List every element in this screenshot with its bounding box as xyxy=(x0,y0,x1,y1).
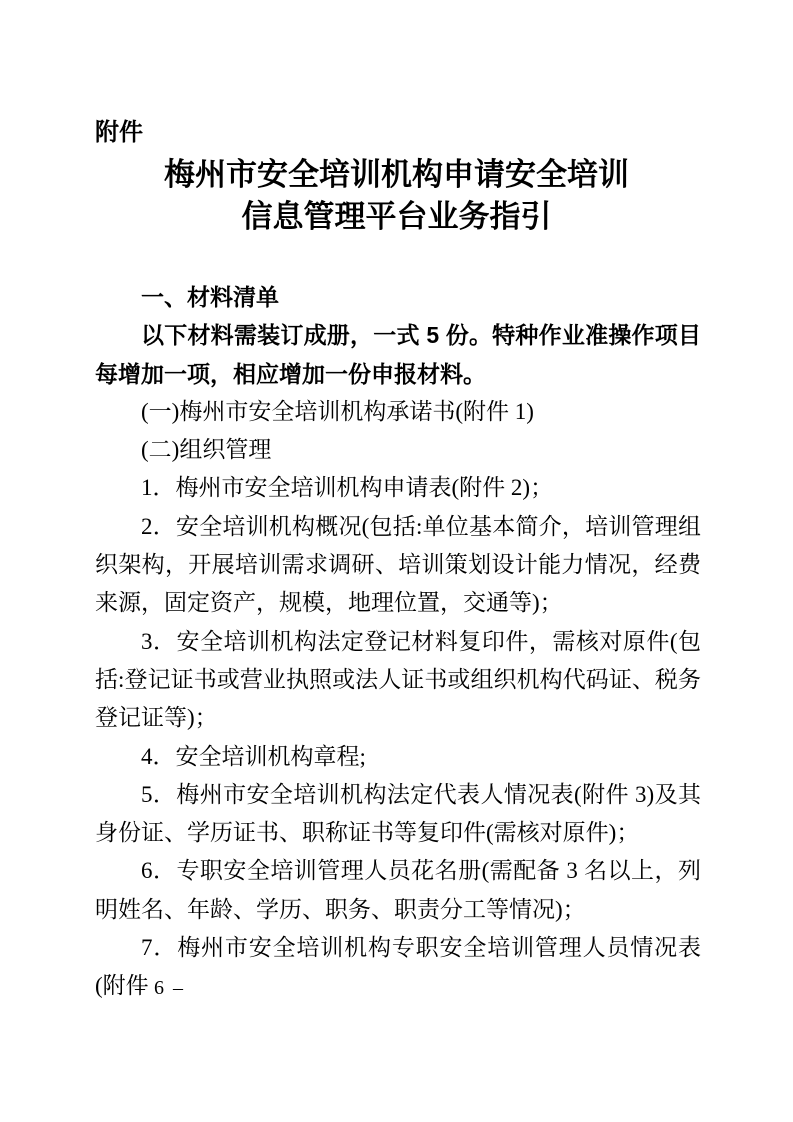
document-body: 一、材料清单 以下材料需装订成册，一式 5 份。特种作业准操作项目每增加一项，相… xyxy=(95,278,701,1006)
page-number: – 6 – xyxy=(135,977,185,1000)
section-heading: 一、材料清单 xyxy=(95,278,701,316)
document-title-line1: 梅州市安全培训机构申请安全培训 xyxy=(164,157,629,192)
list-item: (二)组织管理 xyxy=(95,431,701,469)
list-item: 5．梅州市安全培训机构法定代表人情况表(附件 3)及其身份证、学历证书、职称证书… xyxy=(95,776,701,853)
document-title-line2: 信息管理平台业务指引 xyxy=(242,199,552,234)
list-item: 7．梅州市安全培训机构专职安全培训管理人员情况表(附件 xyxy=(95,929,701,1006)
list-item: 3．安全培训机构法定登记材料复印件，需核对原件(包括:登记证书或营业执照或法人证… xyxy=(95,623,701,738)
document-title: 梅州市安全培训机构申请安全培训 信息管理平台业务指引 xyxy=(0,154,793,238)
list-item: 4．安全培训机构章程; xyxy=(95,738,701,776)
intro-paragraph: 以下材料需装订成册，一式 5 份。特种作业准操作项目每增加一项，相应增加一份申报… xyxy=(95,316,701,393)
list-item: 1．梅州市安全培训机构申请表(附件 2)； xyxy=(95,469,701,507)
document-page: 附件 梅州市安全培训机构申请安全培训 信息管理平台业务指引 一、材料清单 以下材… xyxy=(0,0,793,1122)
attachment-label: 附件 xyxy=(95,118,143,148)
list-item: 2．安全培训机构概况(包括:单位基本简介，培训管理组织架构，开展培训需求调研、培… xyxy=(95,508,701,623)
list-item: (一)梅州市安全培训机构承诺书(附件 1) xyxy=(95,393,701,431)
list-item: 6．专职安全培训管理人员花名册(需配备 3 名以上，列明姓名、年龄、学历、职务、… xyxy=(95,852,701,929)
